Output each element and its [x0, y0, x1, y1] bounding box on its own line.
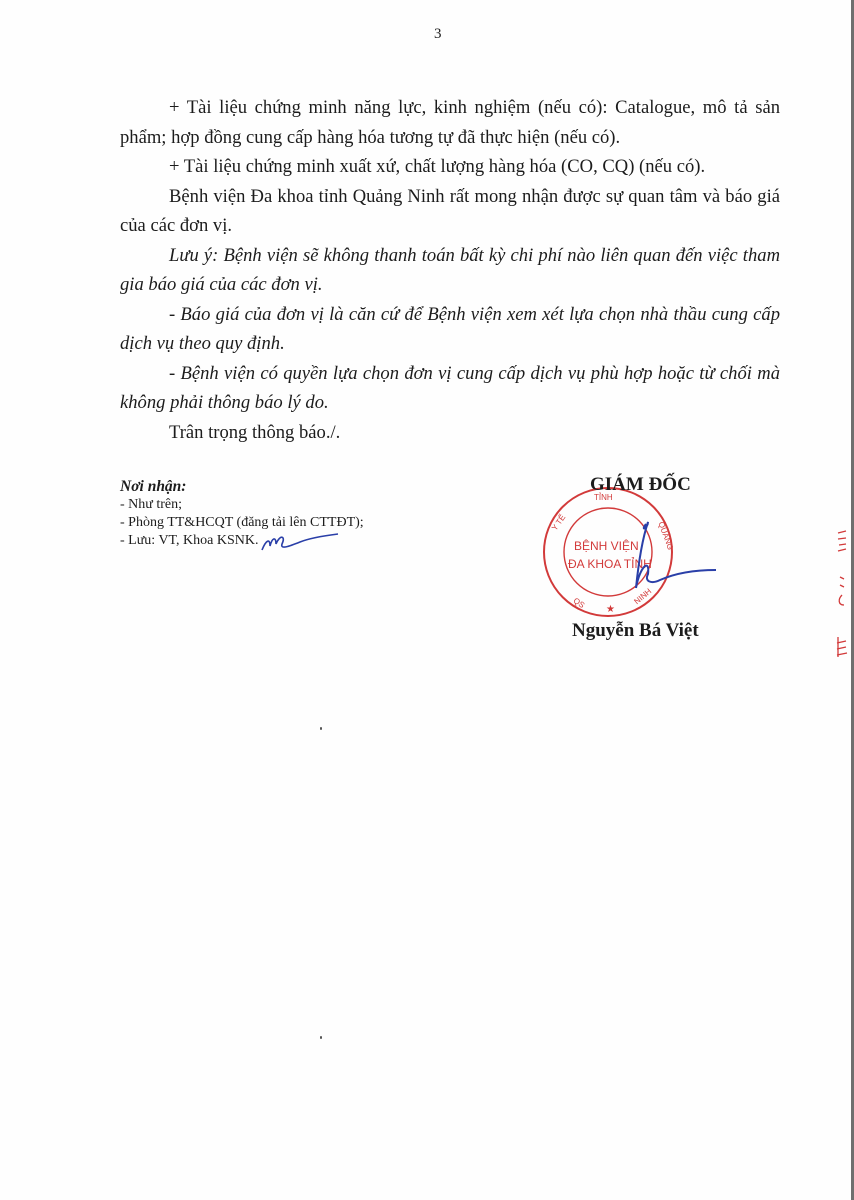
- svg-text:★: ★: [606, 604, 615, 615]
- document-body: + Tài liệu chứng minh năng lực, kinh ngh…: [120, 93, 780, 447]
- adjacent-page-seal-fragment-icon: [834, 525, 850, 665]
- signatory-title: GIÁM ĐỐC: [590, 474, 691, 496]
- recipients-title: Nơi nhận:: [120, 478, 364, 496]
- signatory-name: Nguyễn Bá Việt: [572, 620, 699, 642]
- paragraph-note-right-to-refuse: - Bệnh viện có quyền lựa chọn đơn vị cun…: [120, 359, 780, 418]
- scan-speck: [320, 1036, 322, 1039]
- paragraph-closing: Trân trọng thông báo./.: [120, 418, 780, 448]
- paragraph-capability-docs: + Tài liệu chứng minh năng lực, kinh ngh…: [120, 93, 780, 152]
- paragraph-note: Lưu ý: Bệnh viện sẽ không thanh toán bất…: [120, 241, 780, 300]
- scan-speck: [205, 163, 207, 166]
- paragraph-origin-docs: + Tài liệu chứng minh xuất xứ, chất lượn…: [120, 152, 780, 182]
- paragraph-note-quote-basis: - Báo giá của đơn vị là căn cứ để Bệnh v…: [120, 300, 780, 359]
- scan-speck: [320, 727, 322, 730]
- initials-scribble-icon: [260, 530, 340, 558]
- svg-text:QS: QS: [572, 596, 587, 610]
- handwritten-signature-icon: [618, 518, 718, 598]
- recipient-item: - Như trên;: [120, 496, 364, 514]
- paragraph-invitation: Bệnh viện Đa khoa tỉnh Quảng Ninh rất mo…: [120, 182, 780, 241]
- document-page: 3 + Tài liệu chứng minh năng lực, kinh n…: [0, 0, 854, 1200]
- page-number: 3: [434, 26, 442, 43]
